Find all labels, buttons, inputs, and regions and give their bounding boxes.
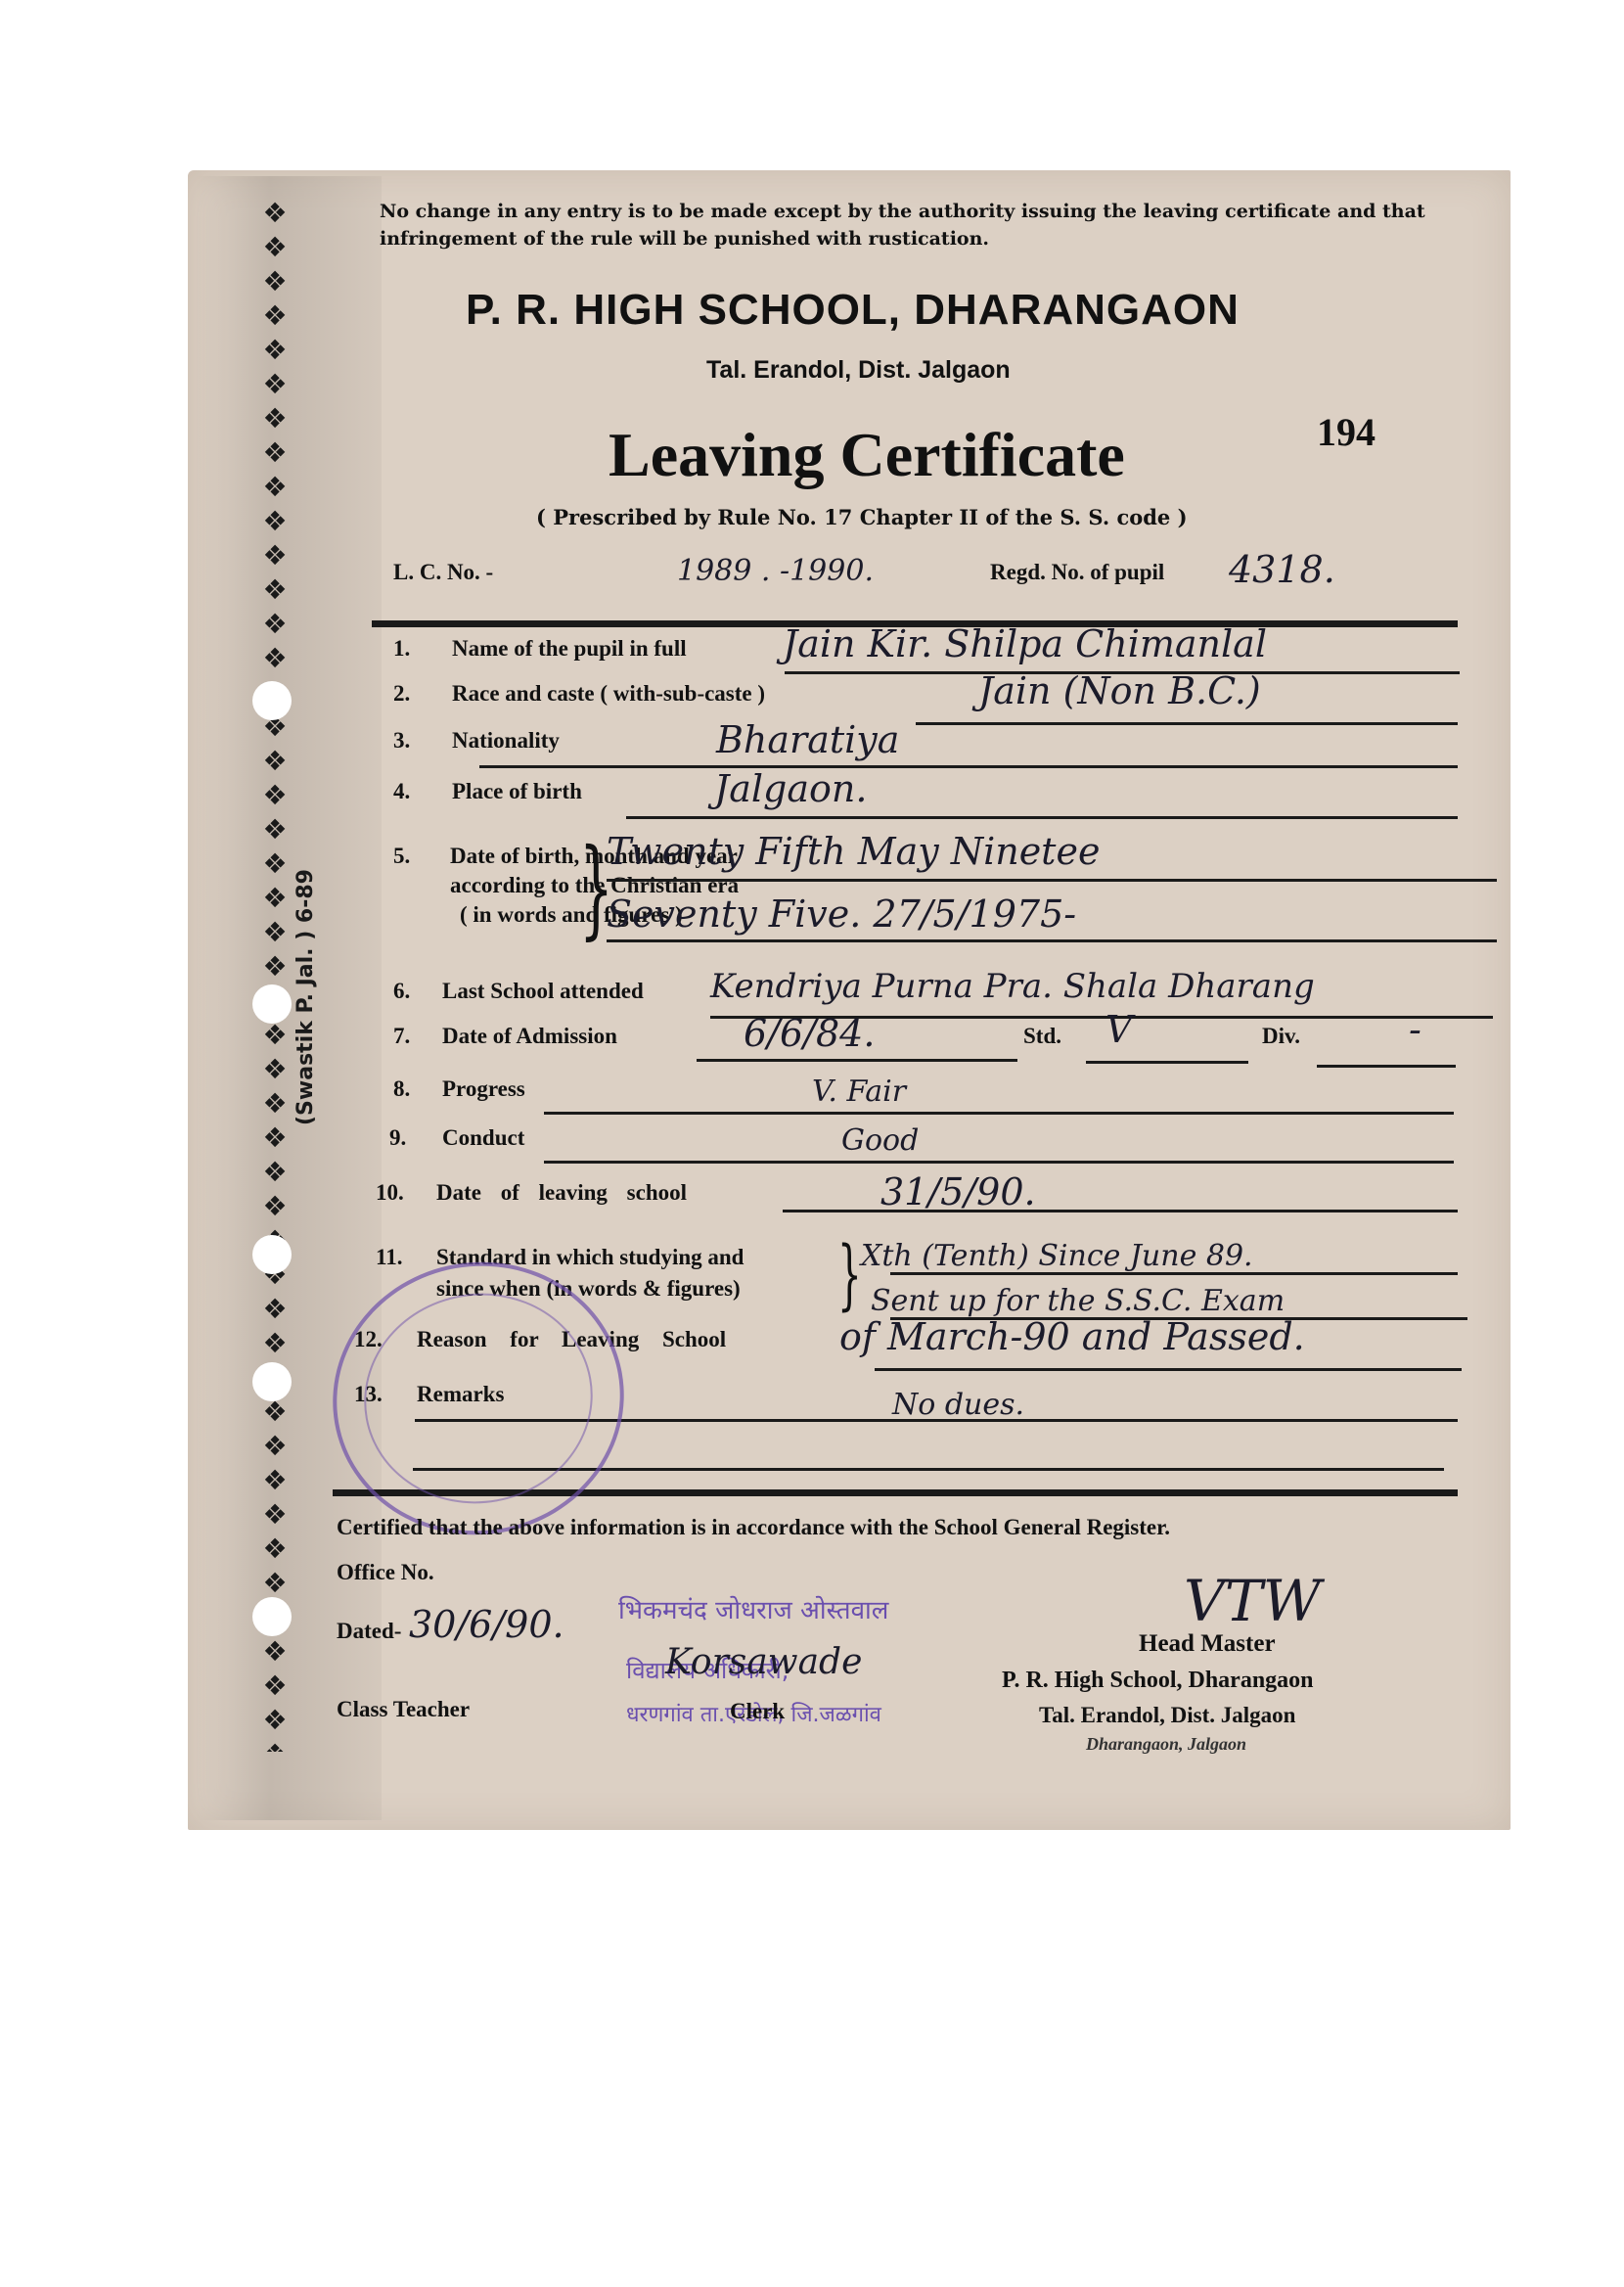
punch-hole <box>252 984 292 1024</box>
div-label: Div. <box>1262 1024 1300 1049</box>
border-ornament-icon: ❖ <box>262 333 287 367</box>
head-master-signature: VTW <box>1184 1568 1321 1634</box>
notice-text: No change in any entry is to be made exc… <box>380 198 1456 252</box>
field-line <box>890 1272 1458 1275</box>
certification-statement: Certified that the above information is … <box>337 1515 1170 1540</box>
dated-value: 30/6/90. <box>409 1603 564 1646</box>
regd-no-label: Regd. No. of pupil <box>990 560 1164 585</box>
head-master-location: Tal. Erandol, Dist. Jalgaon <box>1039 1703 1295 1728</box>
border-ornament-icon: ❖ <box>262 1497 287 1532</box>
field-number: 3. <box>393 728 410 754</box>
field-number: 2. <box>393 681 410 707</box>
field-line <box>544 1161 1454 1164</box>
border-ornament-icon: ❖ <box>262 1121 287 1155</box>
rule-note: ( Prescribed by Rule No. 17 Chapter II o… <box>536 505 1188 529</box>
border-ornament-icon: ❖ <box>262 470 287 504</box>
border-ornament-icon: ❖ <box>262 264 287 298</box>
field-number: 11. <box>376 1245 402 1270</box>
border-ornament-icon: ❖ <box>262 949 287 983</box>
decorative-border: ❖❖❖❖❖❖❖❖❖❖❖❖❖❖❖❖❖❖❖❖❖❖❖❖❖❖❖❖❖❖❖❖❖❖❖❖❖❖❖❖… <box>252 196 297 1752</box>
clerk-label: Clerk <box>730 1699 785 1724</box>
brace: } <box>837 1237 862 1313</box>
punch-hole <box>252 1362 292 1401</box>
printer-imprint: (Swastik P. Jal. ) 6-89 <box>293 869 318 1125</box>
field-label-caste: Race and caste ( with-sub-caste ) <box>452 681 765 707</box>
field-value-standard: Sent up for the S.S.C. Exam <box>871 1284 1285 1318</box>
field-line <box>626 816 1458 819</box>
div-value: - <box>1409 1008 1421 1051</box>
class-teacher-label: Class Teacher <box>337 1697 470 1722</box>
clerk-stamp-line: भिकमचंद जोधराज ओस्तवाल <box>618 1591 888 1626</box>
border-ornament-icon: ❖ <box>262 367 287 401</box>
field-number: 8. <box>393 1076 410 1102</box>
field-line <box>479 765 1458 768</box>
field-label-name: Name of the pupil in full <box>452 636 687 662</box>
field-line <box>607 939 1497 942</box>
border-ornament-icon: ❖ <box>262 230 287 264</box>
field-value-progress: V. Fair <box>812 1075 906 1109</box>
border-ornament-icon: ❖ <box>262 1155 287 1189</box>
field-value-nationality: Bharatiya <box>716 718 899 761</box>
field-line <box>1086 1061 1248 1064</box>
punch-hole <box>252 1235 292 1274</box>
std-label: Std. <box>1023 1024 1061 1049</box>
field-value-standard: Xth (Tenth) Since June 89. <box>861 1239 1253 1273</box>
border-ornament-icon: ❖ <box>262 1086 287 1121</box>
border-ornament-icon: ❖ <box>262 1292 287 1326</box>
field-label-progress: Progress <box>442 1076 525 1102</box>
border-ornament-icon: ❖ <box>262 1052 287 1086</box>
border-ornament-icon: ❖ <box>262 401 287 435</box>
field-label-leaving-date: Date of leaving school <box>436 1180 687 1206</box>
regd-no-value: 4318. <box>1229 548 1335 591</box>
border-ornament-icon: ❖ <box>262 1463 287 1497</box>
head-master-school: P. R. High School, Dharangaon <box>1002 1668 1314 1694</box>
border-ornament-icon: ❖ <box>262 1566 287 1600</box>
border-ornament-icon: ❖ <box>262 538 287 572</box>
field-value-remarks: No dues. <box>892 1388 1024 1422</box>
field-label-last-school: Last School attended <box>442 979 644 1004</box>
field-value-reason: of March-90 and Passed. <box>839 1315 1305 1358</box>
head-master-label: Head Master <box>1139 1630 1276 1658</box>
field-line <box>875 1368 1462 1371</box>
field-line <box>697 1059 1017 1062</box>
field-number: 7. <box>393 1024 410 1049</box>
document-title: Leaving Certificate <box>609 419 1125 491</box>
clerk-signature: Korsawade <box>665 1642 862 1682</box>
border-ornament-icon: ❖ <box>262 881 287 915</box>
border-ornament-icon: ❖ <box>262 1669 287 1703</box>
field-value-birthplace: Jalgaon. <box>714 767 867 810</box>
field-value-dob-figures: Seventy Five. 27/5/1975- <box>607 892 1076 936</box>
field-number: 9. <box>389 1125 406 1151</box>
field-label-nationality: Nationality <box>452 728 560 754</box>
border-ornament-icon: ❖ <box>262 607 287 641</box>
border-ornament-icon: ❖ <box>262 778 287 812</box>
field-label-admission: Date of Admission <box>442 1024 617 1049</box>
border-ornament-icon: ❖ <box>262 1429 287 1463</box>
head-master-stamp-text: Dharangaon, Jalgaon <box>1086 1734 1246 1755</box>
field-label-conduct: Conduct <box>442 1125 524 1151</box>
border-ornament-icon: ❖ <box>262 1737 287 1752</box>
border-ornament-icon: ❖ <box>262 1634 287 1669</box>
field-line <box>1317 1065 1456 1068</box>
field-line <box>544 1112 1454 1115</box>
field-value-dob-words: Twenty Fifth May Ninetee <box>607 830 1100 873</box>
field-label-birthplace: Place of birth <box>452 779 582 804</box>
school-location: Tal. Erandol, Dist. Jalgaon <box>706 356 1011 385</box>
punch-hole <box>252 681 292 720</box>
border-ornament-icon: ❖ <box>262 196 287 230</box>
office-no-label: Office No. <box>337 1560 434 1585</box>
field-number: 1. <box>393 636 410 662</box>
field-number: 10. <box>376 1180 404 1206</box>
border-ornament-icon: ❖ <box>262 846 287 881</box>
dated-label: Dated- <box>337 1619 401 1644</box>
field-value-caste: Jain (Non B.C.) <box>978 669 1261 712</box>
border-ornament-icon: ❖ <box>262 812 287 846</box>
school-name: P. R. HIGH SCHOOL, DHARANGAON <box>466 286 1240 335</box>
field-number: 6. <box>393 979 410 1004</box>
field-value-last-school: Kendriya Purna Pra. Shala Dharang <box>710 967 1315 1006</box>
border-ornament-icon: ❖ <box>262 641 287 675</box>
lc-no-value: 1989 . -1990. <box>677 554 874 588</box>
std-value: V <box>1105 1008 1132 1051</box>
border-ornament-icon: ❖ <box>262 744 287 778</box>
field-value-conduct: Good <box>841 1123 919 1158</box>
border-ornament-icon: ❖ <box>262 1532 287 1566</box>
field-line <box>916 722 1458 725</box>
border-ornament-icon: ❖ <box>262 915 287 949</box>
field-line <box>607 879 1497 882</box>
border-ornament-icon: ❖ <box>262 298 287 333</box>
field-number: 5. <box>393 844 410 869</box>
border-ornament-icon: ❖ <box>262 572 287 607</box>
punch-hole <box>252 1597 292 1636</box>
field-value-leaving-date: 31/5/90. <box>880 1170 1036 1213</box>
field-number: 4. <box>393 779 410 804</box>
lc-no-label: L. C. No. - <box>393 560 493 585</box>
border-ornament-icon: ❖ <box>262 435 287 470</box>
field-value-name: Jain Kir. Shilpa Chimanlal <box>783 622 1267 665</box>
serial-number: 194 <box>1317 409 1376 455</box>
border-ornament-icon: ❖ <box>262 1326 287 1360</box>
field-value-admission: 6/6/84. <box>744 1012 875 1055</box>
border-ornament-icon: ❖ <box>262 1703 287 1737</box>
border-ornament-icon: ❖ <box>262 504 287 538</box>
field-line <box>783 1210 1458 1212</box>
border-ornament-icon: ❖ <box>262 1189 287 1223</box>
